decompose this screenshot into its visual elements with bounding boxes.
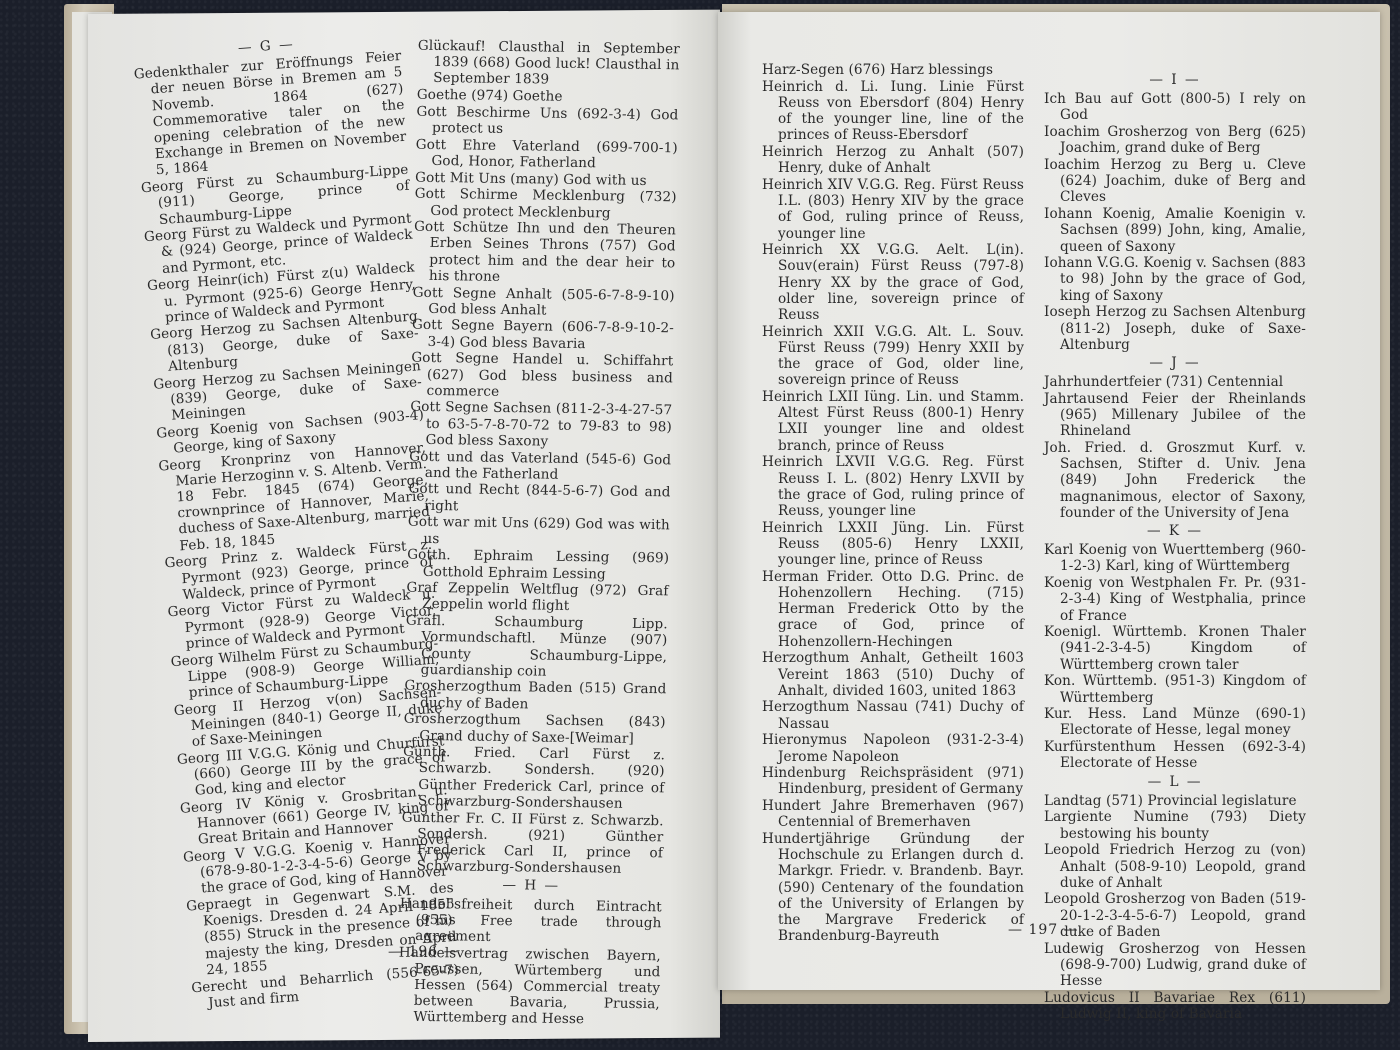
index-entry: Ludovicus II Bavariae Rex (611) Ludwig I…: [1044, 990, 1306, 1022]
index-entry: Herman Frider. Otto D.G. Princ. de Hohen…: [762, 569, 1024, 650]
index-entry: Iohann Koenig, Amalie Koenigin v. Sachse…: [1044, 206, 1306, 255]
index-entry: Handel'sfreiheit durch Eintracht (955) F…: [399, 895, 662, 947]
letter-heading: — J —: [1044, 355, 1306, 371]
index-entry: Leopold Friedrich Herzog zu (von) Anhalt…: [1044, 842, 1306, 891]
index-entry: Jahrhundertfeier (731) Centennial: [1044, 374, 1306, 390]
index-entry: Ludewig Grosherzog von Hessen (698-9-700…: [1044, 941, 1306, 990]
index-entry: Hindenburg Reichspräsident (971) Hindenb…: [762, 765, 1024, 797]
letter-heading: — L —: [1044, 774, 1306, 790]
index-entry: Ioachim Herzog zu Berg u. Cleve (624) Jo…: [1044, 157, 1306, 206]
index-entry: Landtag (571) Provincial legislature: [1044, 793, 1306, 809]
index-column-3: Harz-Segen (676) Harz blessingsHeinrich …: [762, 62, 1024, 945]
index-column-2: Glückauf! Clausthal in September 1839 (6…: [397, 38, 680, 1030]
index-entry: Heinrich XXII V.G.G. Alt. L. Souv. Fürst…: [762, 324, 1024, 389]
page-196: — G —Gedenkthaler zur Eröffnungs Feier d…: [88, 10, 720, 1042]
index-entry: Günther Fr. C. II Fürst z. Schwarzb. Son…: [400, 809, 663, 877]
index-entry: Gott Beschirme Uns (692-3-4) God protect…: [416, 104, 679, 140]
index-entry: Gott Schütze Ihn und den Theuren Erben S…: [413, 219, 676, 287]
page-number: — 196 —: [388, 943, 459, 959]
index-entry: Gott war mit Uns (629) God was with us: [407, 514, 670, 550]
index-entry: Graf Zeppelin Weltflug (972) Graf Zeppel…: [406, 580, 669, 616]
index-entry: Günth. Fried. Carl Fürst z. Schwarzb. So…: [402, 744, 665, 812]
page-number: — 197 —: [1008, 922, 1079, 938]
index-entry: Largiente Numine (793) Diety bestowing h…: [1044, 809, 1306, 841]
index-entry: Heinrich LXXII Jüng. Lin. Fürst Reuss (8…: [762, 520, 1024, 569]
index-entry: Gott Segne Handel u. Schiffahrt (627) Go…: [410, 350, 673, 402]
index-entry: Jahrtausend Feier der Rheinlands (965) M…: [1044, 391, 1306, 440]
index-entry: Ich Bau auf Gott (800-5) I rely on God: [1044, 91, 1306, 123]
index-entry: Koenigl. Württemb. Kronen Thaler (941-2-…: [1044, 624, 1306, 673]
index-entry: Kurfürstenthum Hessen (692-3-4) Electora…: [1044, 739, 1306, 771]
index-entry: Glückauf! Clausthal in September 1839 (6…: [417, 38, 680, 90]
index-entry: Gotth. Ephraim Lessing (969) Gotthold Ep…: [407, 547, 670, 583]
index-entry: Hundertjährige Gründung der Hochschule z…: [762, 831, 1024, 944]
index-entry: Heinrich LXII Iüng. Lin. und Stamm. Alte…: [762, 389, 1024, 454]
index-entry: Gedenkthaler zur Eröffnungs Feier der ne…: [133, 48, 408, 180]
page-197: Harz-Segen (676) Harz blessingsHeinrich …: [718, 12, 1380, 990]
index-entry: Iohann V.G.G. Koenig v. Sachsen (883 to …: [1044, 255, 1306, 304]
index-entry: Hieronymus Napoleon (931-2-3-4) Jerome N…: [762, 732, 1024, 764]
index-entry: Koenig von Westphalen Fr. Pr. (931-2-3-4…: [1044, 575, 1306, 624]
index-entry: Karl Koenig von Wuerttemberg (960-1-2-3)…: [1044, 542, 1306, 574]
index-entry: Ioachim Grosherzog von Berg (625) Joachi…: [1044, 124, 1306, 156]
index-entry: Leopold Grosherzog von Baden (519-20-1-2…: [1044, 891, 1306, 940]
index-entry: Heinrich LXVII V.G.G. Reg. Fürst Reuss I…: [762, 454, 1024, 519]
index-entry: Georg Kronprinz von Hannover, Marie Herz…: [158, 440, 432, 556]
index-entry: Gott Ehre Vaterland (699-700-1) God, Hon…: [415, 136, 678, 172]
index-entry: Herzogthum Anhalt, Getheilt 1603 Vereint…: [762, 650, 1024, 699]
index-entry: Heinrich XIV V.G.G. Reg. Fürst Reuss I.L…: [762, 177, 1024, 242]
index-entry: Herzogthum Nassau (741) Duchy of Nassau: [762, 699, 1024, 731]
index-entry: Ioseph Herzog zu Sachsen Altenburg (811-…: [1044, 304, 1306, 353]
index-entry: Gott und das Vaterland (545-6) God and t…: [409, 448, 672, 484]
index-entry: Kon. Württemb. (951-3) Kingdom of Württe…: [1044, 673, 1306, 705]
index-entry: Kur. Hess. Land Münze (690-1) Electorate…: [1044, 706, 1306, 738]
index-entry: Grosherzogthum Baden (515) Grand duchy o…: [404, 678, 667, 714]
index-column-4: — I —Ich Bau auf Gott (800-5) I rely on …: [1044, 70, 1306, 1023]
index-entry: Heinrich d. Li. Iung. Linie Fürst Reuss …: [762, 79, 1024, 144]
index-entry: Gräfl. Schaumburg Lipp. Vormundschaftl. …: [405, 613, 668, 681]
index-entry: Heinrich Herzog zu Anhalt (507) Henry, d…: [762, 144, 1024, 176]
index-entry: Gott Schirme Mecklenburg (732) God prote…: [414, 186, 677, 222]
letter-heading: — I —: [1044, 72, 1306, 88]
index-entry: Gott Segne Sachsen (811-2-3-4-27-57 to 6…: [409, 399, 672, 451]
letter-heading: — H —: [400, 876, 662, 896]
index-entry: Gott und Recht (844-5-6-7) God and right: [408, 481, 671, 517]
index-entry: Harz-Segen (676) Harz blessings: [762, 62, 1024, 78]
index-entry: Grosherzogthum Sachsen (843) Grand duchy…: [403, 711, 666, 747]
index-entry: Joh. Fried. d. Groszmut Kurf. v. Sachsen…: [1044, 440, 1306, 521]
index-entry: Gott Segne Anhalt (505-6-7-8-9-10) God b…: [412, 284, 675, 320]
index-entry: Heinrich XX V.G.G. Aelt. L(in). Souv(era…: [762, 242, 1024, 323]
index-entry: Gott Segne Bayern (606-7-8-9-10-2-3-4) G…: [411, 317, 674, 353]
index-entry: Hundert Jahre Bremerhaven (967) Centenni…: [762, 798, 1024, 830]
letter-heading: — K —: [1044, 523, 1306, 539]
